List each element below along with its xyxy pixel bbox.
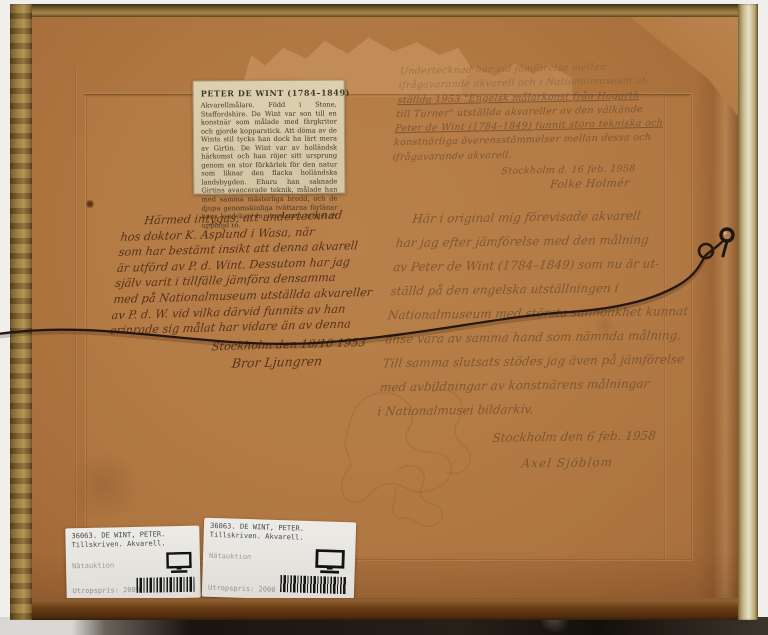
inscription-line: Till samma slutsats stödes jag även på j… (381, 347, 714, 376)
inscription-top-right-pencil: Undertecknad har vid jämförelse mellan i… (390, 59, 711, 196)
inscription-date: Stockholm den 6 feb. 1958 (491, 423, 706, 450)
frame-bottom-edge (10, 598, 758, 620)
auction-sticker-left: 36063. DE WINT, PETER. Tillskriven. Akva… (65, 526, 200, 598)
inscription-signature: Axel Sjöblom (520, 449, 703, 476)
lot-text: 36063. DE WINT, PETER. Tillskriven. Akva… (210, 522, 304, 542)
monitor-icon (166, 552, 192, 575)
lot-line-2: Tillskriven. Akvarell. (72, 539, 166, 550)
barcode (280, 575, 347, 594)
frame-left-edge (10, 4, 32, 620)
inscription-line: i Nationalmusei bildarkiv. (376, 395, 709, 424)
ink-stain (86, 199, 94, 209)
sale-channel-label: Nätauktion (209, 552, 251, 561)
starting-price: Utropspris: 2000 (72, 586, 140, 595)
barcode (136, 577, 194, 593)
frame-top-edge (10, 4, 758, 17)
inscription-left-ink: Härmed intygas, att undertecknad hos dok… (105, 206, 413, 376)
auction-sticker-right: 36063. DE WINT, PETER. Tillskriven. Akva… (202, 518, 356, 598)
monitor-icon (315, 549, 346, 575)
photo-of-frame-back: PETER DE WINT (1784–1849) Akvarellmålare… (0, 0, 768, 635)
starting-price: Utropspris: 2000 (208, 584, 276, 594)
printed-biography-label: PETER DE WINT (1784–1849) Akvarellmålare… (193, 79, 346, 194)
biography-title: PETER DE WINT (1784–1849) (201, 88, 337, 99)
lot-text: 36063. DE WINT, PETER. Tillskriven. Akva… (71, 530, 165, 549)
frame-right-edge (738, 4, 758, 620)
water-stain (66, 453, 142, 519)
lot-line-2: Tillskriven. Akvarell. (210, 530, 304, 542)
inscription-right-pencil: Här i original mig förevisade akvarell h… (370, 202, 729, 477)
sale-channel-label: Nätauktion (72, 561, 114, 570)
backing-paper: PETER DE WINT (1784–1849) Akvarellmålare… (32, 17, 738, 598)
